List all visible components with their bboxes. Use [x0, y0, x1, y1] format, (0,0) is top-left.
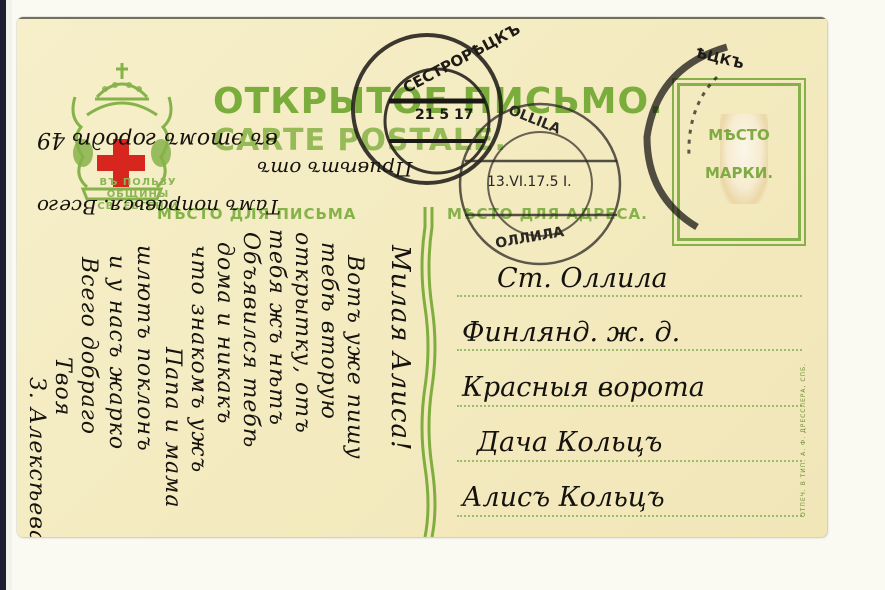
- message-line-6: дома и никакъ: [212, 242, 237, 424]
- message-line-8: Папа и мама: [160, 347, 185, 508]
- message-line-3: открытку, отъ: [290, 232, 315, 434]
- message-line-11: Всего добраго: [76, 257, 101, 435]
- address-rule-2: [457, 349, 802, 351]
- message-line-2: тебѣ вторую: [316, 242, 341, 420]
- address-line-4: Дача Кольцъ: [477, 427, 662, 458]
- address-rule-4: [457, 460, 802, 462]
- address-rule-1: [457, 295, 802, 297]
- address-line-5: Алисъ Кольцъ: [462, 482, 665, 513]
- printer-imprint: ОТПЕЧ. В ТИП. А. Ф. ДРЕССЛЕРА, СПБ.: [800, 363, 807, 517]
- scanner-margin: [6, 0, 12, 590]
- address-line-3: Красныя ворота: [462, 372, 705, 403]
- postmark-2-date: 13.VI.17.5 I.: [487, 174, 572, 190]
- message-line-4: тебя жъ нѣтъ: [264, 229, 289, 426]
- postcard: ВЪ ПОЛЬЗУ ОБЩИНЫ СВ. ЕВГЕНІИ ОТКРЫТОЕ ПИ…: [17, 17, 827, 537]
- upside-note-1: въ этомъ городѣ 49: [37, 127, 278, 152]
- address-rule-3: [457, 405, 802, 407]
- upside-note-3: Тамъ поправься. Всего: [37, 195, 281, 219]
- message-line-10: и у насъ жарко: [104, 255, 129, 450]
- message-line-9: шлютъ поклонъ: [132, 245, 157, 452]
- message-line-1: Вотъ уже пишу: [342, 255, 367, 460]
- message-line-12: Твоя: [50, 357, 75, 416]
- crest-caption-1: ВЪ ПОЛЬЗУ: [83, 177, 193, 188]
- message-signature: З. Алексѣева: [24, 377, 49, 537]
- address-rule-5: [457, 515, 802, 517]
- message-line-7: что знакомъ ужъ: [186, 245, 211, 473]
- address-line-2: Финлянд. ж. д.: [462, 317, 680, 348]
- message-greeting: Милая Алиса!: [385, 245, 415, 451]
- message-line-5: Объявился тебѣ: [238, 232, 263, 448]
- wavy-divider: [417, 207, 441, 537]
